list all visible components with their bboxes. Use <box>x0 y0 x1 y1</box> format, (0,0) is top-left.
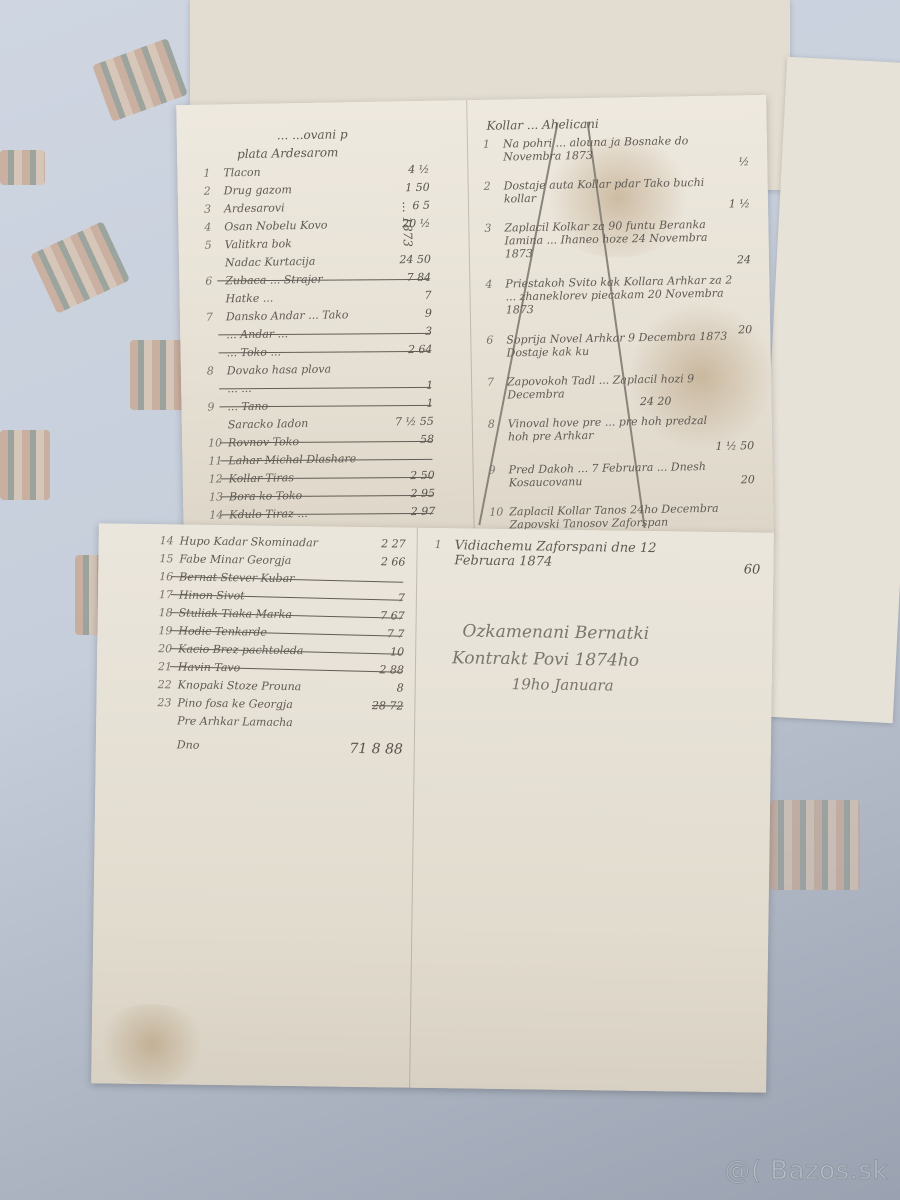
lower-left-ledger: 14Hupo Kadar Skominadar2 27 15Fabe Minar… <box>154 534 414 538</box>
entry: 7Zapovokoh Tadl ... Zaplacil hozi 9 Dece… <box>481 371 762 416</box>
entry: 6Soprija Novel Arhkar 9 Decembra 1873 Do… <box>480 329 761 374</box>
bazos-watermark: @( Bazos.sk <box>724 1156 888 1186</box>
tablecloth-pattern <box>0 150 45 185</box>
right-header: Kollar ... Ahelicani <box>487 118 599 132</box>
left-ledger: ... ...ovani p plata Ardesarom ... 1873 … <box>197 120 474 545</box>
entry: 4Priestakoh Svito kak Kollara Arhkar za … <box>479 273 760 332</box>
tablecloth-pattern <box>30 221 130 314</box>
ledger-row: Pre Arhkar Lamacha <box>151 714 411 740</box>
right-ledger: Kollar ... Ahelicani 1Na pohri ... aloun… <box>476 109 768 534</box>
ledger-rows: 1Tlacon4 ½ 2Drug gazom1 50 3Ardesarovi6 … <box>197 163 437 167</box>
document-upper-sheet: ... ...ovani p plata Ardesarom ... 1873 … <box>176 95 774 545</box>
signature-line: 19ho Januara <box>512 677 614 693</box>
ledger-header: ... ...ovani p <box>277 128 348 141</box>
entry: 9Pred Dakoh ... 7 Februara ... Dnesh Kos… <box>483 459 764 504</box>
entry: 1Na pohri ... alouna ja Bosnake do Novem… <box>477 133 758 178</box>
signature-line: Kontrakt Povi 1874ho <box>452 650 639 670</box>
entry: 8Vinoval hove pre ... pre hoh predzal ho… <box>482 413 763 458</box>
entry: 2Dostaje auta Kollar pdar Tako buchi kol… <box>478 175 759 220</box>
document-lower-sheet: 14Hupo Kadar Skominadar2 27 15Fabe Minar… <box>91 523 774 1092</box>
ledger-total-row: Dno71 8 88 <box>151 738 411 764</box>
right-entries: 1Na pohri ... alouna ja Bosnake do Novem… <box>477 133 757 138</box>
tablecloth-pattern <box>92 38 188 122</box>
entry: 1Vidiachemu Zaforspani dne 12 Februara 1… <box>428 538 769 583</box>
lower-right-text: 1Vidiachemu Zaforspani dne 12 Februara 1… <box>429 538 769 543</box>
signature-line: Ozkamenani Bernatki <box>462 623 649 643</box>
entry: 3Zaplacil Kolkar za 90 funtu Beranka Iam… <box>478 217 759 276</box>
ledger-subheader: plata Ardesarom <box>237 146 339 160</box>
tablecloth-pattern <box>0 430 50 500</box>
tablecloth-pattern <box>770 800 860 890</box>
